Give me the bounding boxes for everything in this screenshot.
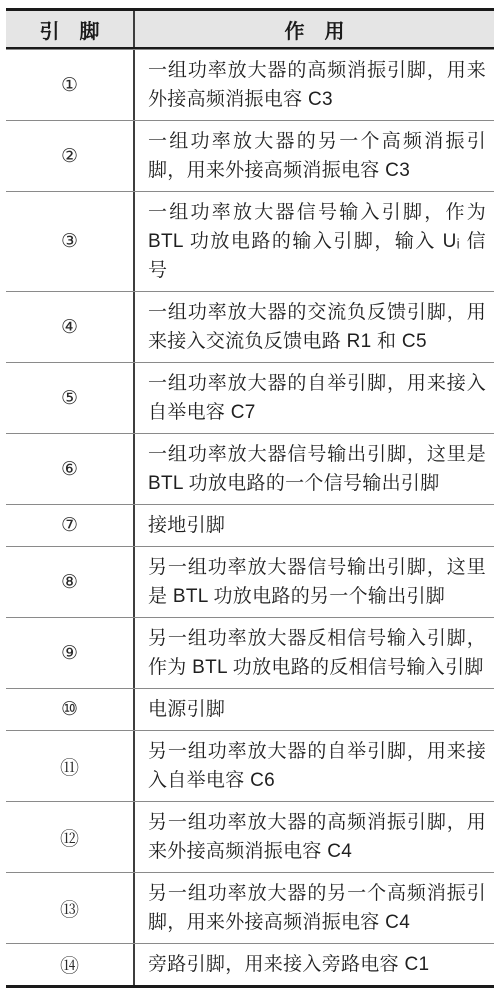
function-cell: 另一组功率放大器的自举引脚，用来接入自举电容 C6 [135,731,494,801]
pin-number: ⑫ [60,824,79,851]
function-cell: 另一组功率放大器反相信号输入引脚，作为 BTL 功放电路的反相信号输入引脚 [135,618,494,688]
pin-number: ⑭ [60,951,79,978]
function-cell: 一组功率放大器的另一个高频消振引脚，用来外接高频消振电容 C3 [135,121,494,191]
table-header-row: 引 脚 作 用 [6,11,494,49]
pin-cell: ⑪ [6,731,135,801]
table-row: ⑧ 另一组功率放大器信号输出引脚，这里是 BTL 功放电路的另一个输出引脚 [6,546,494,617]
function-cell: 另一组功率放大器的另一个高频消振引脚，用来外接高频消振电容 C4 [135,873,494,943]
function-cell: 一组功率放大器的高频消振引脚，用来外接高频消振电容 C3 [135,50,494,120]
function-cell: 接地引脚 [135,505,494,546]
function-text: 一组功率放大器信号输入引脚，作为 BTL 功放电路的输入引脚，输入 Uᵢ 信号 [148,198,486,285]
table-row: ⑤ 一组功率放大器的自举引脚，用来接入自举电容 C7 [6,362,494,433]
function-text: 一组功率放大器的另一个高频消振引脚，用来外接高频消振电容 C3 [148,127,486,185]
pin-cell: ② [6,121,135,191]
function-cell: 旁路引脚，用来接入旁路电容 C1 [135,944,494,985]
table-row: ③ 一组功率放大器信号输入引脚，作为 BTL 功放电路的输入引脚，输入 Uᵢ 信… [6,191,494,291]
table-row: ⑩ 电源引脚 [6,688,494,730]
table-row: ⑪ 另一组功率放大器的自举引脚，用来接入自举电容 C6 [6,730,494,801]
function-text: 旁路引脚，用来接入旁路电容 C1 [148,950,486,979]
function-text: 一组功率放大器的高频消振引脚，用来外接高频消振电容 C3 [148,56,486,114]
function-cell: 电源引脚 [135,689,494,730]
pin-number: ① [61,74,78,97]
pin-number: ⑧ [61,571,78,594]
header-cell-function: 作 用 [135,11,494,47]
function-text: 另一组功率放大器的高频消振引脚，用来外接高频消振电容 C4 [148,808,486,866]
pin-number: ⑦ [61,514,78,537]
pin-number: ② [61,145,78,168]
table-row: ⑦ 接地引脚 [6,504,494,546]
function-text: 电源引脚 [148,695,486,724]
pin-number: ⑩ [61,698,78,721]
pin-cell: ⑦ [6,505,135,546]
pin-cell: ④ [6,292,135,362]
table-row: ⑥ 一组功率放大器信号输出引脚，这里是 BTL 功放电路的一个信号输出引脚 [6,433,494,504]
pin-number: ⑪ [60,753,79,780]
pin-cell: ⑥ [6,434,135,504]
function-text: 一组功率放大器的自举引脚，用来接入自举电容 C7 [148,369,486,427]
header-pin-label: 引 脚 [40,15,100,44]
table-row: ⑬ 另一组功率放大器的另一个高频消振引脚，用来外接高频消振电容 C4 [6,872,494,943]
function-cell: 另一组功率放大器的高频消振引脚，用来外接高频消振电容 C4 [135,802,494,872]
pin-number: ⑤ [61,387,78,410]
pin-number: ④ [61,316,78,339]
pin-number: ③ [61,230,78,253]
function-text: 一组功率放大器信号输出引脚，这里是 BTL 功放电路的一个信号输出引脚 [148,440,486,498]
pin-cell: ⑧ [6,547,135,617]
pin-number: ⑥ [61,458,78,481]
pin-number: ⑬ [60,895,79,922]
table-row: ② 一组功率放大器的另一个高频消振引脚，用来外接高频消振电容 C3 [6,120,494,191]
table-row: ⑭ 旁路引脚，用来接入旁路电容 C1 [6,943,494,985]
function-text: 接地引脚 [148,511,486,540]
pin-cell: ⑫ [6,802,135,872]
table-row: ⑫ 另一组功率放大器的高频消振引脚，用来外接高频消振电容 C4 [6,801,494,872]
pin-function-table: 引 脚 作 用 ① 一组功率放大器的高频消振引脚，用来外接高频消振电容 C3 ②… [6,8,494,988]
function-text: 另一组功率放大器的自举引脚，用来接入自举电容 C6 [148,737,486,795]
function-cell: 一组功率放大器信号输入引脚，作为 BTL 功放电路的输入引脚，输入 Uᵢ 信号 [135,192,494,291]
pin-cell: ⑨ [6,618,135,688]
page: 引 脚 作 用 ① 一组功率放大器的高频消振引脚，用来外接高频消振电容 C3 ②… [0,0,500,975]
function-cell: 一组功率放大器的交流负反馈引脚，用来接入交流负反馈电路 R1 和 C5 [135,292,494,362]
function-text: 一组功率放大器的交流负反馈引脚，用来接入交流负反馈电路 R1 和 C5 [148,298,486,356]
function-cell: 另一组功率放大器信号输出引脚，这里是 BTL 功放电路的另一个输出引脚 [135,547,494,617]
pin-cell: ⑬ [6,873,135,943]
pin-cell: ③ [6,192,135,291]
pin-number: ⑨ [61,642,78,665]
header-cell-pin: 引 脚 [6,11,135,47]
function-cell: 一组功率放大器的自举引脚，用来接入自举电容 C7 [135,363,494,433]
pin-cell: ⑭ [6,944,135,985]
function-cell: 一组功率放大器信号输出引脚，这里是 BTL 功放电路的一个信号输出引脚 [135,434,494,504]
table-row: ④ 一组功率放大器的交流负反馈引脚，用来接入交流负反馈电路 R1 和 C5 [6,291,494,362]
pin-cell: ① [6,50,135,120]
function-text: 另一组功率放大器反相信号输入引脚，作为 BTL 功放电路的反相信号输入引脚 [148,624,486,682]
pin-cell: ⑩ [6,689,135,730]
function-text: 另一组功率放大器的另一个高频消振引脚，用来外接高频消振电容 C4 [148,879,486,937]
pin-cell: ⑤ [6,363,135,433]
header-function-label: 作 用 [285,15,345,44]
table-row: ① 一组功率放大器的高频消振引脚，用来外接高频消振电容 C3 [6,49,494,120]
table-row: ⑨ 另一组功率放大器反相信号输入引脚，作为 BTL 功放电路的反相信号输入引脚 [6,617,494,688]
function-text: 另一组功率放大器信号输出引脚，这里是 BTL 功放电路的另一个输出引脚 [148,553,486,611]
